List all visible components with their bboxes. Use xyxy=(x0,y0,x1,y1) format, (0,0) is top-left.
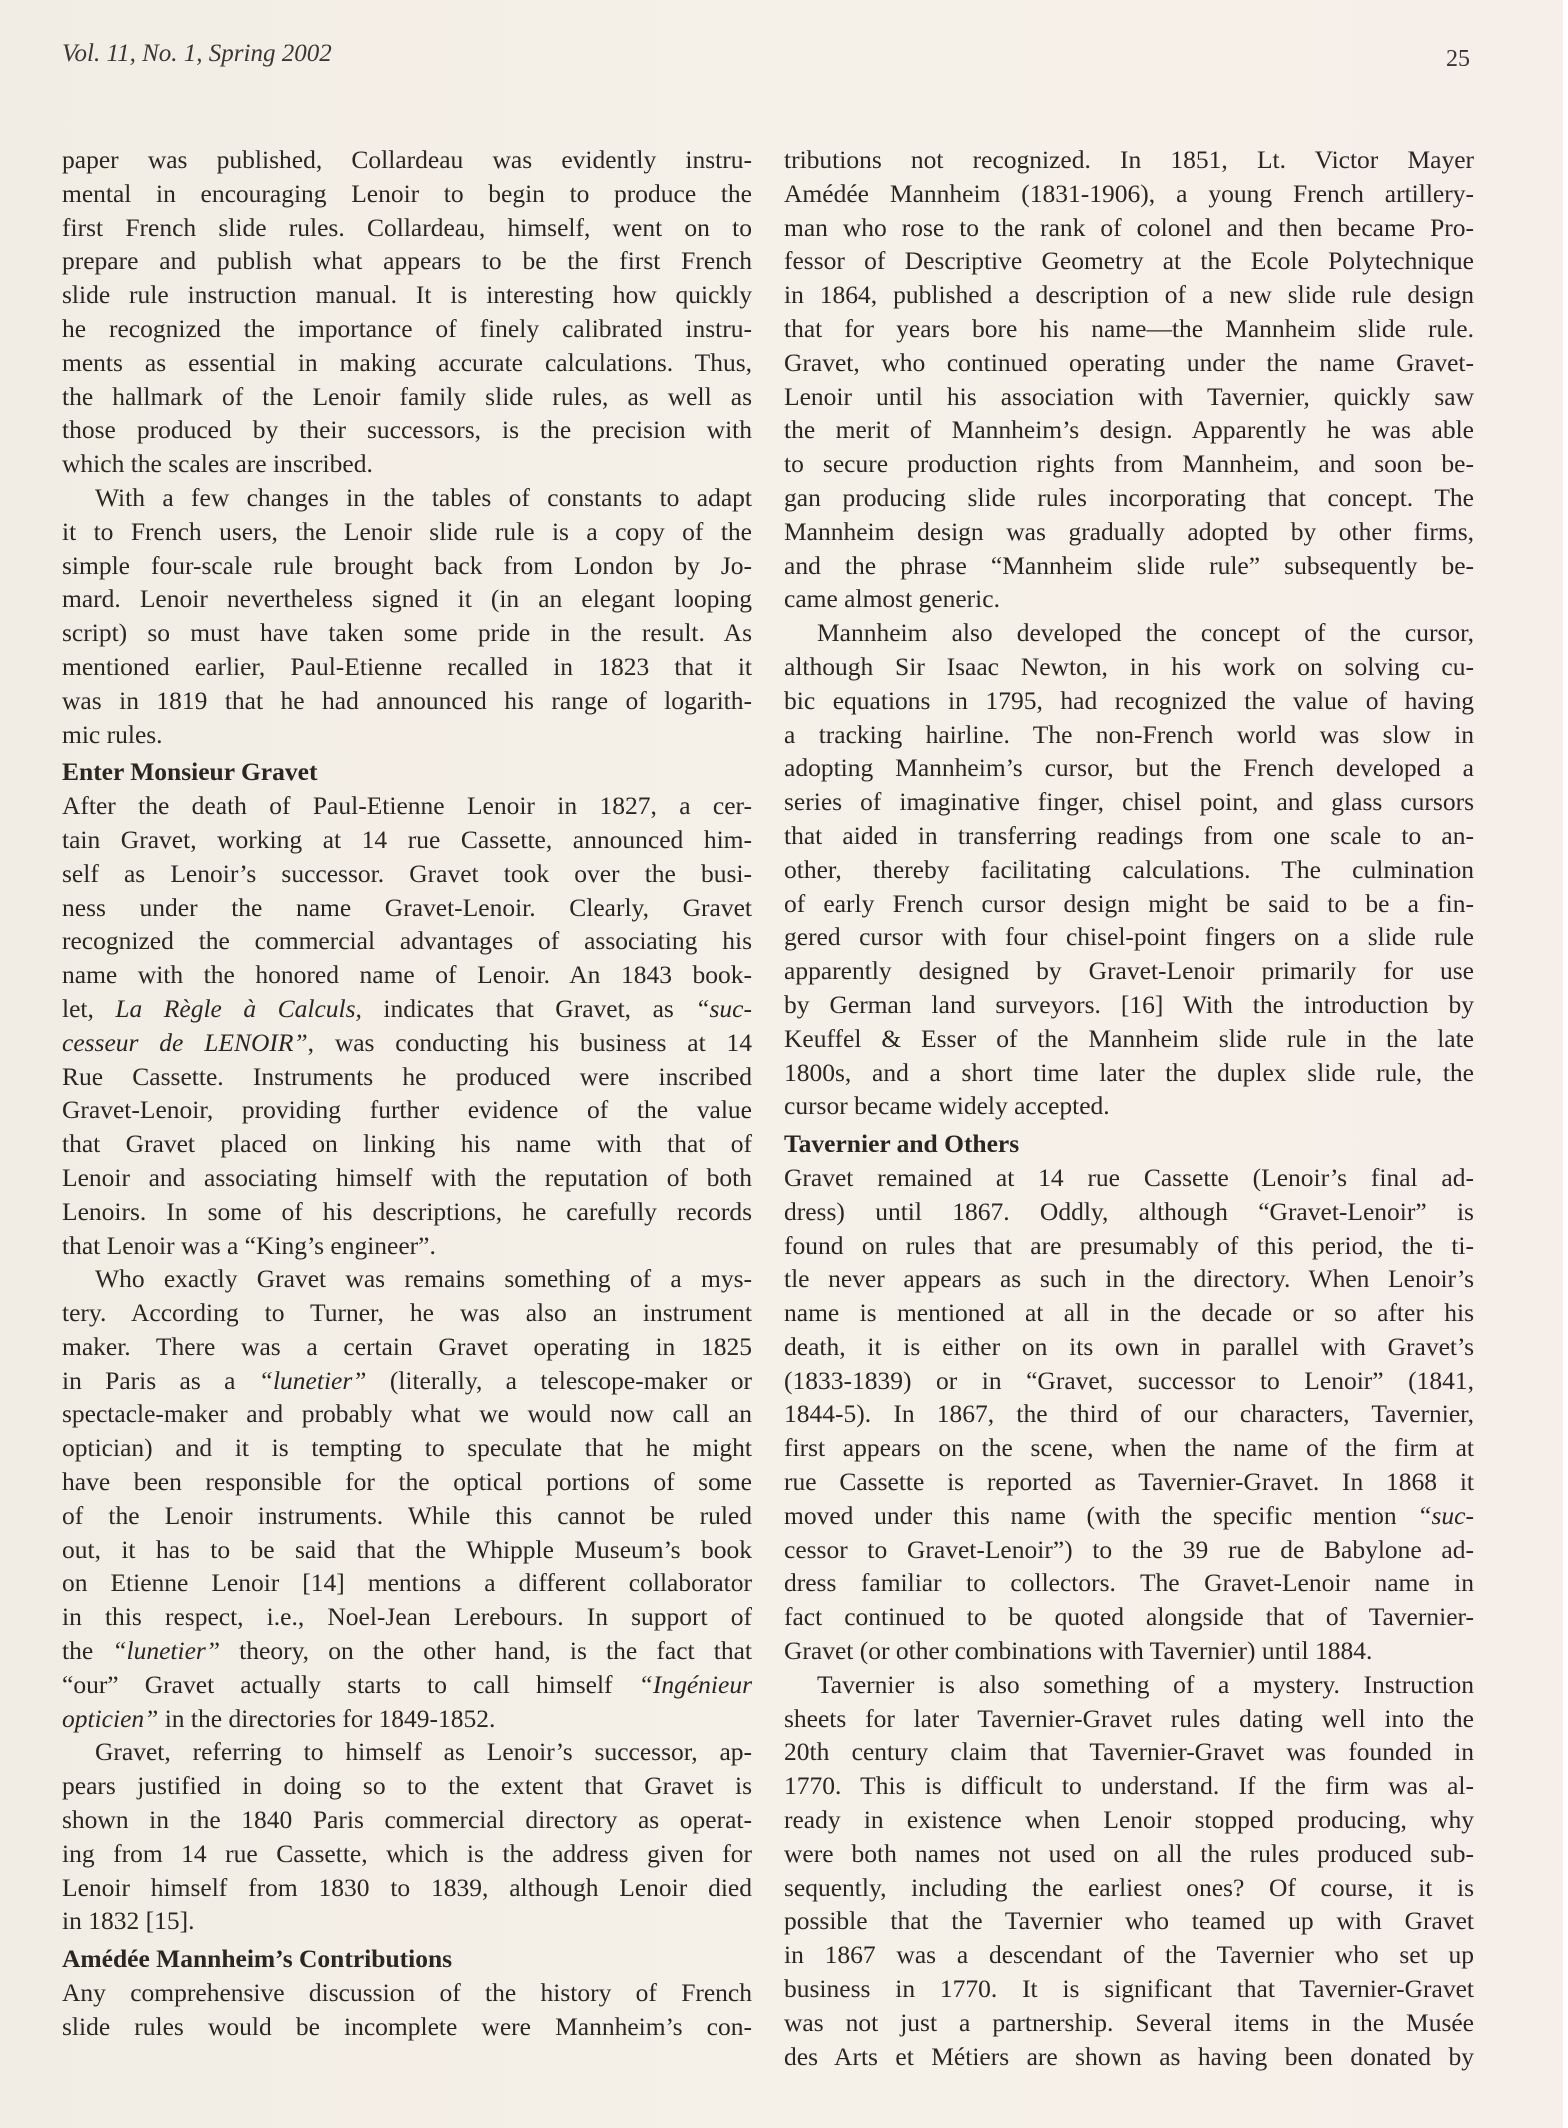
text-line: “our” Gravet actually starts to call him… xyxy=(62,1668,752,1702)
text-line: maker. There was a certain Gravet operat… xyxy=(62,1330,752,1364)
text-line: sheets for later Tavernier-Gravet rules … xyxy=(784,1702,1474,1736)
text-line: self as Lenoir’s successor. Gravet took … xyxy=(62,857,752,891)
text-line: which the scales are inscribed. xyxy=(62,447,752,481)
text-line: Lenoirs. In some of his descriptions, he… xyxy=(62,1195,752,1229)
text-line: prepare and publish what appears to be t… xyxy=(62,244,752,278)
text-line: out, it has to be said that the Whipple … xyxy=(62,1533,752,1567)
text-line: in Paris as a “lunetier” (literally, a t… xyxy=(62,1364,752,1398)
text-line: With a few changes in the tables of cons… xyxy=(62,481,752,515)
italic-phrase: “suc- xyxy=(1417,1501,1474,1530)
text-line: mard. Lenoir nevertheless signed it (in … xyxy=(62,582,752,616)
text-line: tributions not recognized. In 1851, Lt. … xyxy=(784,143,1474,177)
left-column: paper was published, Collardeau was evid… xyxy=(62,143,752,2044)
text-line: came almost generic. xyxy=(784,582,1474,616)
text-line: pears justified in doing so to the exten… xyxy=(62,1769,752,1803)
text-line: gered cursor with four chisel-point fing… xyxy=(784,920,1474,954)
text-line: a tracking hairline. The non-French worl… xyxy=(784,718,1474,752)
text-line: opticien” in the directories for 1849-18… xyxy=(62,1702,752,1736)
section-heading: Amédée Mannheim’s Contributions xyxy=(62,1942,752,1976)
text-line: in 1864, published a description of a ne… xyxy=(784,278,1474,312)
text-line: moved under this name (with the specific… xyxy=(784,1499,1474,1533)
scan-edge xyxy=(1563,0,1568,2128)
text-line: Tavernier is also something of a mystery… xyxy=(784,1668,1474,1702)
text-line: ing from 14 rue Cassette, which is the a… xyxy=(62,1837,752,1871)
italic-phrase: “lunetier” xyxy=(259,1366,367,1395)
text-line: name with the honored name of Lenoir. An… xyxy=(62,958,752,992)
italic-phrase: La Règle à Calculs, xyxy=(115,994,362,1023)
italic-phrase: “suc- xyxy=(695,994,752,1023)
text-line: dress familiar to collectors. The Gravet… xyxy=(784,1566,1474,1600)
text-line: by German land surveyors. [16] With the … xyxy=(784,988,1474,1022)
text-line: Mannheim design was gradually adopted by… xyxy=(784,515,1474,549)
italic-phrase: “lunetier” xyxy=(112,1636,220,1665)
text-line: man who rose to the rank of colonel and … xyxy=(784,211,1474,245)
text-line: mental in encouraging Lenoir to begin to… xyxy=(62,177,752,211)
text-line: that Gravet placed on linking his name w… xyxy=(62,1127,752,1161)
text-line: Gravet, who continued operating under th… xyxy=(784,346,1474,380)
text-line: first French slide rules. Collardeau, hi… xyxy=(62,211,752,245)
text-line: recognized the commercial advantages of … xyxy=(62,924,752,958)
text-line: although Sir Isaac Newton, in his work o… xyxy=(784,650,1474,684)
text-line: to secure production rights from Mannhei… xyxy=(784,447,1474,481)
journal-page: Vol. 11, No. 1, Spring 2002 25 paper was… xyxy=(0,0,1563,2128)
text-line: des Arts et Métiers are shown as having … xyxy=(784,2040,1474,2074)
text-line: possible that the Tavernier who teamed u… xyxy=(784,1904,1474,1938)
text-line: Lenoir himself from 1830 to 1839, althou… xyxy=(62,1871,752,1905)
text-line: fessor of Descriptive Geometry at the Ec… xyxy=(784,244,1474,278)
right-column: tributions not recognized. In 1851, Lt. … xyxy=(784,143,1474,2073)
running-head: Vol. 11, No. 1, Spring 2002 xyxy=(62,40,332,68)
text-line: rue Cassette is reported as Tavernier-Gr… xyxy=(784,1465,1474,1499)
text-line: death, it is either on its own in parall… xyxy=(784,1330,1474,1364)
text-line: 20th century claim that Tavernier-Gravet… xyxy=(784,1735,1474,1769)
page-number: 25 xyxy=(1446,46,1470,73)
text-line: shown in the 1840 Paris commercial direc… xyxy=(62,1803,752,1837)
text-line: was in 1819 that he had announced his ra… xyxy=(62,684,752,718)
text-line: fact continued to be quoted alongside th… xyxy=(784,1600,1474,1634)
text-line: spectacle-maker and probably what we wou… xyxy=(62,1397,752,1431)
text-line: tle never appears as such in the directo… xyxy=(784,1262,1474,1296)
text-line: Any comprehensive discussion of the hist… xyxy=(62,1976,752,2010)
text-line: tain Gravet, working at 14 rue Cassette,… xyxy=(62,823,752,857)
italic-phrase: “Ingénieur xyxy=(639,1670,752,1699)
text-line: After the death of Paul-Etienne Lenoir i… xyxy=(62,789,752,823)
text-line: ready in existence when Lenoir stopped p… xyxy=(784,1803,1474,1837)
text-line: found on rules that are presumably of th… xyxy=(784,1229,1474,1263)
text-line: 1844-5). In 1867, the third of our chara… xyxy=(784,1397,1474,1431)
text-line: Gravet (or other combinations with Taver… xyxy=(784,1634,1474,1668)
text-line: Lenoir and associating himself with the … xyxy=(62,1161,752,1195)
text-line: gan producing slide rules incorporating … xyxy=(784,481,1474,515)
text-line: first appears on the scene, when the nam… xyxy=(784,1431,1474,1465)
text-line: adopting Mannheim’s cursor, but the Fren… xyxy=(784,751,1474,785)
italic-phrase: opticien” xyxy=(62,1704,158,1733)
text-line: bic equations in 1795, had recognized th… xyxy=(784,684,1474,718)
text-line: that for years bore his name—the Mannhei… xyxy=(784,312,1474,346)
text-line: Mannheim also developed the concept of t… xyxy=(784,616,1474,650)
text-line: other, thereby facilitating calculations… xyxy=(784,853,1474,887)
text-line: optician) and it is tempting to speculat… xyxy=(62,1431,752,1465)
text-line: that aided in transferring readings from… xyxy=(784,819,1474,853)
text-line: have been responsible for the optical po… xyxy=(62,1465,752,1499)
text-line: those produced by their successors, is t… xyxy=(62,413,752,447)
text-line: 1800s, and a short time later the duplex… xyxy=(784,1056,1474,1090)
text-line: apparently designed by Gravet-Lenoir pri… xyxy=(784,954,1474,988)
text-line: business in 1770. It is significant that… xyxy=(784,1972,1474,2006)
text-line: cursor became widely accepted. xyxy=(784,1089,1474,1123)
text-line: the hallmark of the Lenoir family slide … xyxy=(62,380,752,414)
text-line: Rue Cassette. Instruments he produced we… xyxy=(62,1060,752,1094)
text-line: in 1867 was a descendant of the Tavernie… xyxy=(784,1938,1474,1972)
text-line: tery. According to Turner, he was also a… xyxy=(62,1296,752,1330)
text-line: of early French cursor design might be s… xyxy=(784,887,1474,921)
text-line: on Etienne Lenoir [14] mentions a differ… xyxy=(62,1566,752,1600)
text-line: Keuffel & Esser of the Mannheim slide ru… xyxy=(784,1022,1474,1056)
text-line: Who exactly Gravet was remains something… xyxy=(62,1262,752,1296)
text-line: ments as essential in making accurate ca… xyxy=(62,346,752,380)
text-line: Gravet, referring to himself as Lenoir’s… xyxy=(62,1735,752,1769)
text-line: script) so must have taken some pride in… xyxy=(62,616,752,650)
text-line: ness under the name Gravet-Lenoir. Clear… xyxy=(62,891,752,925)
text-line: and the phrase “Mannheim slide rule” sub… xyxy=(784,549,1474,583)
text-line: that Lenoir was a “King’s engineer”. xyxy=(62,1229,752,1263)
text-line: in this respect, i.e., Noel-Jean Lerebou… xyxy=(62,1600,752,1634)
text-line: mentioned earlier, Paul-Etienne recalled… xyxy=(62,650,752,684)
text-line: he recognized the importance of finely c… xyxy=(62,312,752,346)
text-line: Gravet remained at 14 rue Cassette (Leno… xyxy=(784,1161,1474,1195)
text-line: simple four-scale rule brought back from… xyxy=(62,549,752,583)
text-line: 1770. This is difficult to understand. I… xyxy=(784,1769,1474,1803)
text-line: series of imaginative finger, chisel poi… xyxy=(784,785,1474,819)
text-line: the “lunetier” theory, on the other hand… xyxy=(62,1634,752,1668)
text-line: of the Lenoir instruments. While this ca… xyxy=(62,1499,752,1533)
text-line: it to French users, the Lenoir slide rul… xyxy=(62,515,752,549)
italic-phrase: cesseur de LENOIR” xyxy=(62,1028,308,1057)
text-line: the merit of Mannheim’s design. Apparent… xyxy=(784,413,1474,447)
text-line: paper was published, Collardeau was evid… xyxy=(62,143,752,177)
text-line: mic rules. xyxy=(62,718,752,752)
text-line: slide rule instruction manual. It is int… xyxy=(62,278,752,312)
text-line: let, La Règle à Calculs, indicates that … xyxy=(62,992,752,1026)
text-line: dress) until 1867. Oddly, although “Grav… xyxy=(784,1195,1474,1229)
text-line: (1833-1839) or in “Gravet, successor to … xyxy=(784,1364,1474,1398)
text-line: Amédée Mannheim (1831-1906), a young Fre… xyxy=(784,177,1474,211)
text-line: cessor to Gravet-Lenoir”) to the 39 rue … xyxy=(784,1533,1474,1567)
text-line: in 1832 [15]. xyxy=(62,1904,752,1938)
text-line: Gravet-Lenoir, providing further evidenc… xyxy=(62,1093,752,1127)
text-line: slide rules would be incomplete were Man… xyxy=(62,2010,752,2044)
section-heading: Enter Monsieur Gravet xyxy=(62,755,752,789)
text-line: were both names not used on all the rule… xyxy=(784,1837,1474,1871)
text-line: sequently, including the earliest ones? … xyxy=(784,1871,1474,1905)
text-line: was not just a partnership. Several item… xyxy=(784,2006,1474,2040)
text-line: Lenoir until his association with Tavern… xyxy=(784,380,1474,414)
section-heading: Tavernier and Others xyxy=(784,1127,1474,1161)
text-line: name is mentioned at all in the decade o… xyxy=(784,1296,1474,1330)
text-line: cesseur de LENOIR”, was conducting his b… xyxy=(62,1026,752,1060)
